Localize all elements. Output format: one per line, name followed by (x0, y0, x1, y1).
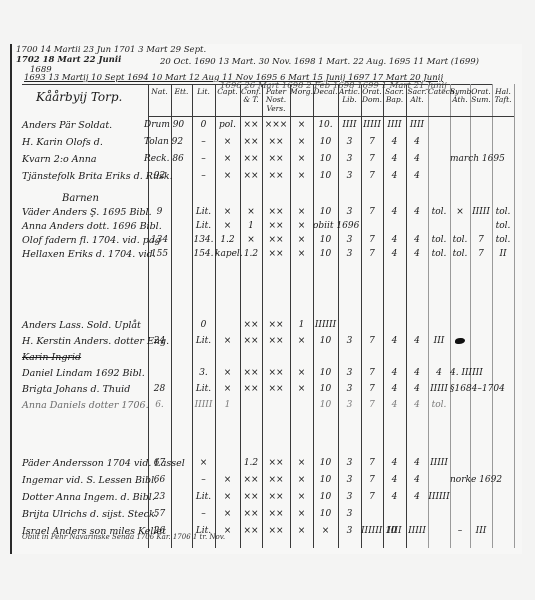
register-cell: 7 (361, 207, 383, 217)
register-cell: Lit. (192, 384, 215, 394)
column-header: Lit. (192, 88, 215, 96)
register-cell: ×× (240, 384, 262, 394)
register-cell: 1.2 (240, 458, 262, 468)
column-header: Orat. Dom. (361, 88, 383, 105)
register-cell: × (215, 137, 240, 147)
register-cell: II (492, 249, 514, 259)
register-cell: × (215, 171, 240, 181)
header-note: 1700 14 Martii 23 Jun 1701 3 Mart 29 Sep… (16, 46, 206, 55)
register-cell: IIIII (428, 458, 450, 468)
column-header: Hal. Taft. (492, 88, 514, 105)
register-cell: 4 (406, 458, 428, 468)
column-header: Ett. (171, 88, 192, 96)
register-cell: tol. (492, 207, 514, 217)
register-cell: tol. (450, 235, 470, 245)
birth-year-cell: 134 (144, 235, 175, 245)
register-cell: – (192, 475, 215, 485)
register-cell: 4 (406, 400, 428, 410)
person-name: Anna Daniels dotter 1706. (22, 400, 149, 411)
register-cell: 3 (338, 384, 361, 394)
register-cell: Lit. (192, 492, 215, 502)
register-cell: 4 (406, 154, 428, 164)
register-cell: 3 (338, 336, 361, 346)
register-cell: tol. (428, 235, 450, 245)
register-cell: 3 (338, 154, 361, 164)
register-cell: × (290, 137, 313, 147)
register-cell: 3 (338, 400, 361, 410)
register-cell: 3 (338, 171, 361, 181)
header-underline (22, 84, 492, 85)
register-cell: 4 (406, 492, 428, 502)
register-cell: ×× (240, 475, 262, 485)
register-cell: 3 (338, 368, 361, 378)
register-cell: ×× (262, 320, 290, 330)
register-cell: kapel. (215, 249, 240, 259)
register-cell: tol. (428, 207, 450, 217)
birth-year-cell: 67 (144, 458, 175, 468)
register-cell: ×× (262, 526, 290, 536)
register-cell: ×× (240, 492, 262, 502)
register-cell: × (240, 235, 262, 245)
register-cell: tol. (428, 400, 450, 410)
register-cell: × (290, 336, 313, 346)
register-cell: 4 (406, 384, 428, 394)
register-cell: 3 (338, 137, 361, 147)
register-cell: ×× (262, 336, 290, 346)
register-cell: 1.2 (240, 249, 262, 259)
register-cell: 7 (361, 336, 383, 346)
register-cell: Lit. (192, 207, 215, 217)
register-cell: ×× (240, 137, 262, 147)
register-cell: × (290, 526, 313, 536)
register-cell: × (215, 221, 240, 231)
register-cell: 4 (406, 235, 428, 245)
left-margin-rule (10, 44, 12, 554)
person-name: Kvarn 2:o Anna (22, 154, 97, 165)
register-cell: 7 (470, 249, 492, 259)
register-cell: × (240, 207, 262, 217)
register-cell: IIIII (192, 400, 215, 410)
register-cell: ×× (262, 492, 290, 502)
register-cell: 4 (383, 458, 406, 468)
register-cell: IIII (383, 526, 406, 536)
register-cell: 7 (361, 458, 383, 468)
register-cell: 4 (406, 368, 428, 378)
column-rule (428, 84, 429, 548)
register-cell: – (192, 509, 215, 519)
register-cell: × (290, 458, 313, 468)
register-cell: × (450, 207, 470, 217)
register-cell: × (290, 154, 313, 164)
register-cell: IIIIII (313, 320, 338, 330)
birth-year-cell: 6. (144, 400, 175, 410)
birth-year-cell: 66 (144, 475, 175, 485)
column-header: Sacr. Alt. (406, 88, 428, 105)
register-cell: × (290, 368, 313, 378)
person-name: Ingemar vid. S. Lessen Bibl. (22, 475, 157, 486)
register-cell: Lit. (192, 336, 215, 346)
register-cell: × (215, 509, 240, 519)
birth-year-cell: 57 (144, 509, 175, 519)
person-name: Brigta Johans d. Thuid (22, 384, 130, 395)
register-cell: × (215, 336, 240, 346)
register-cell: ×× (262, 207, 290, 217)
column-header: Pater Nost. Vers. (262, 88, 290, 113)
document-page: 1700 14 Martii 23 Jun 1701 3 Mart 29 Sep… (0, 0, 535, 600)
register-cell: 4 (406, 207, 428, 217)
register-cell: × (290, 475, 313, 485)
register-cell: 3 (338, 458, 361, 468)
register-cell: ×× (262, 171, 290, 181)
register-cell: ××× (262, 120, 290, 130)
register-cell: × (215, 384, 240, 394)
column-header: Decal. (313, 88, 338, 96)
birth-year-cell: 9 (144, 207, 175, 217)
person-name: Väder Anders Ş. 1695 Bibl. (22, 207, 152, 218)
register-cell: 4. IIIIII (450, 368, 470, 378)
register-cell: ×× (240, 171, 262, 181)
register-cell: IIII (406, 120, 428, 130)
register-cell: IIIII (470, 207, 492, 217)
birth-year-cell: 92 (144, 171, 175, 181)
person-name: H. Karin Olofs d. (22, 137, 103, 148)
register-cell: ×× (240, 336, 262, 346)
column-header: Sacr. Bap. (383, 88, 406, 105)
register-cell: 4 (406, 336, 428, 346)
register-cell: – (192, 154, 215, 164)
register-cell: 4 (406, 171, 428, 181)
register-cell: – (192, 137, 215, 147)
birth-year-cell: 28 (144, 384, 175, 394)
register-cell: × (215, 154, 240, 164)
column-header: Catech. (428, 88, 450, 96)
birth-year-cell: Reck. 86 (144, 154, 175, 164)
register-cell: × (215, 368, 240, 378)
register-cell: IIIII (406, 526, 428, 536)
register-cell: ×× (240, 320, 262, 330)
register-cell: 4 (383, 336, 406, 346)
register-cell: × (215, 492, 240, 502)
register-cell: 10 (313, 384, 338, 394)
register-cell: × (290, 235, 313, 245)
register-cell: IIII (383, 120, 406, 130)
register-cell: 10. (313, 120, 338, 130)
register-cell: 4 (383, 171, 406, 181)
column-header: Orat. Sum. (470, 88, 492, 105)
register-cell: ×× (262, 235, 290, 245)
register-cell: 3 (338, 509, 361, 519)
register-cell: 7 (361, 475, 383, 485)
register-cell: 7 (361, 400, 383, 410)
register-cell: 10 (313, 492, 338, 502)
register-cell: 10 (313, 137, 338, 147)
register-cell: × (192, 458, 215, 468)
register-cell: 4 (383, 249, 406, 259)
register-cell: ×× (262, 154, 290, 164)
register-cell: 7 (361, 235, 383, 245)
register-cell: × (290, 120, 313, 130)
register-cell: IIIIII 10 (361, 526, 383, 536)
register-cell: 10 (313, 249, 338, 259)
register-cell: × (290, 509, 313, 519)
register-cell: 4 (383, 400, 406, 410)
register-cell: 3 (338, 492, 361, 502)
register-cell: 1.2 (215, 235, 240, 245)
register-cell: × (290, 207, 313, 217)
register-cell: ×× (262, 249, 290, 259)
register-cell: 0 (192, 120, 215, 130)
register-cell: 4 (428, 368, 450, 378)
register-cell: IIIIII (428, 492, 450, 502)
register-cell: × (290, 221, 313, 231)
birth-year-cell: 155 (144, 249, 175, 259)
register-cell: 3 (338, 526, 361, 536)
birth-year-cell: 23 (144, 492, 175, 502)
register-cell: 10 (313, 336, 338, 346)
register-cell: march 1695 (450, 154, 470, 164)
register-cell: 4 (406, 137, 428, 147)
register-cell: 7 (361, 171, 383, 181)
birth-year-cell: Tolan 92 (144, 137, 175, 147)
column-rule (514, 84, 515, 548)
register-cell: × (290, 249, 313, 259)
person-name: Hellaxen Eriks d. 1704. vid. (22, 249, 156, 260)
register-cell: tol. (450, 249, 470, 259)
register-cell: – (450, 526, 470, 536)
register-cell: × (290, 171, 313, 181)
register-cell: 7 (361, 154, 383, 164)
footnote: Obiit in Pehr Navarinske Senda 1706 Kar.… (22, 533, 225, 541)
place-heading: Kåårbyij Torp. (36, 90, 122, 104)
register-cell: 4 (383, 492, 406, 502)
register-cell: Lit. (192, 221, 215, 231)
register-cell: 4 (383, 235, 406, 245)
person-name: Daniel Lindam 1692 Bibl. (22, 368, 145, 379)
register-cell: 10 (313, 475, 338, 485)
register-cell: 10 (313, 458, 338, 468)
register-cell: – (192, 171, 215, 181)
register-cell: III (428, 336, 450, 346)
register-cell: §1684–1704 (450, 384, 470, 394)
birth-year-cell: Drum 90 (144, 120, 175, 130)
register-cell: ×× (262, 458, 290, 468)
register-cell: 7 (361, 492, 383, 502)
column-header: Morg. (290, 88, 313, 96)
register-cell: ×× (262, 384, 290, 394)
register-cell: ×× (240, 120, 262, 130)
register-cell: tol. (492, 221, 514, 231)
register-cell: 3 (338, 475, 361, 485)
register-cell: 7 (361, 368, 383, 378)
register-cell: norke 1692 (450, 475, 470, 485)
person-name: Anders Lass. Sold. Uplåt (22, 320, 141, 331)
register-cell: ×× (240, 154, 262, 164)
register-cell: 0 (192, 320, 215, 330)
register-cell: ×× (240, 526, 262, 536)
register-cell: × (313, 526, 338, 536)
register-cell: 1 (215, 400, 240, 410)
register-cell: tol. (428, 249, 450, 259)
register-cell: 4 (383, 137, 406, 147)
register-cell: ×× (262, 475, 290, 485)
person-name: Anders Pär Soldat. (22, 120, 112, 131)
person-name: Brijta Ulrichs d. sijst. Steck. (22, 509, 158, 520)
register-cell: III (470, 526, 492, 536)
register-cell: 3. (192, 368, 215, 378)
register-cell: 4 (383, 154, 406, 164)
group-label: Barnen (62, 193, 99, 204)
register-cell: ×× (240, 509, 262, 519)
column-header: Nat. (148, 88, 171, 96)
register-cell: 10 (313, 368, 338, 378)
register-cell: 1 (290, 320, 313, 330)
register-cell: IIII (338, 120, 361, 130)
register-cell: 154. (192, 249, 215, 259)
register-cell: ×× (240, 368, 262, 378)
column-header: Capt. (215, 88, 240, 96)
register-cell: 4 (406, 249, 428, 259)
register-cell: × (290, 492, 313, 502)
register-cell: IIIII (428, 384, 450, 394)
register-cell: 4 (383, 207, 406, 217)
register-cell: 4 (406, 475, 428, 485)
header-note: 1702 18 Mart 22 Junii (16, 56, 121, 65)
register-cell: ×× (262, 509, 290, 519)
register-cell: 7 (361, 384, 383, 394)
person-name: Karin Ingrid (22, 352, 81, 363)
register-cell: 4 (383, 384, 406, 394)
register-cell: 1 (240, 221, 262, 231)
register-cell: pol. (215, 120, 240, 130)
header-rule (148, 116, 514, 117)
register-cell: 10 (313, 235, 338, 245)
register-cell: 3 (338, 235, 361, 245)
register-cell: 10 (313, 171, 338, 181)
register-cell: × (215, 207, 240, 217)
birth-year-cell: 24 (144, 336, 175, 346)
register-cell: 10 (313, 154, 338, 164)
register-cell: 4 (383, 368, 406, 378)
person-name: Anna Anders dott. 1696 Bibl. (22, 221, 162, 232)
register-cell: 7 (361, 249, 383, 259)
register-cell: 4 (383, 475, 406, 485)
person-name: Dotter Anna Ingem. d. Bibl. (22, 492, 155, 503)
register-cell: 7 (470, 235, 492, 245)
register-cell: tol. (492, 235, 514, 245)
register-cell: 10 (313, 509, 338, 519)
register-cell: 3 (338, 207, 361, 217)
register-cell: ×× (262, 137, 290, 147)
register-cell: 134. (192, 235, 215, 245)
register-cell: IIIII (361, 120, 383, 130)
register-cell: × (215, 475, 240, 485)
register-cell: 10 (313, 207, 338, 217)
register-cell: 3 (338, 249, 361, 259)
header-note: 20 Oct. 1690 13 Mart. 30 Nov. 1698 1 Mar… (160, 58, 479, 67)
register-cell: obiit 1696 (313, 221, 338, 231)
register-cell: ×× (262, 368, 290, 378)
register-cell: × (290, 384, 313, 394)
column-header: Symb. Ath. (450, 88, 470, 105)
register-cell: ×× (262, 221, 290, 231)
register-cell: 10 (313, 400, 338, 410)
column-header: Conf. & T. (240, 88, 262, 105)
register-cell: 7 (361, 137, 383, 147)
person-name: Olof fadern fl. 1704. vid. pag (22, 235, 161, 246)
column-header: Artic. Lib. (338, 88, 361, 105)
